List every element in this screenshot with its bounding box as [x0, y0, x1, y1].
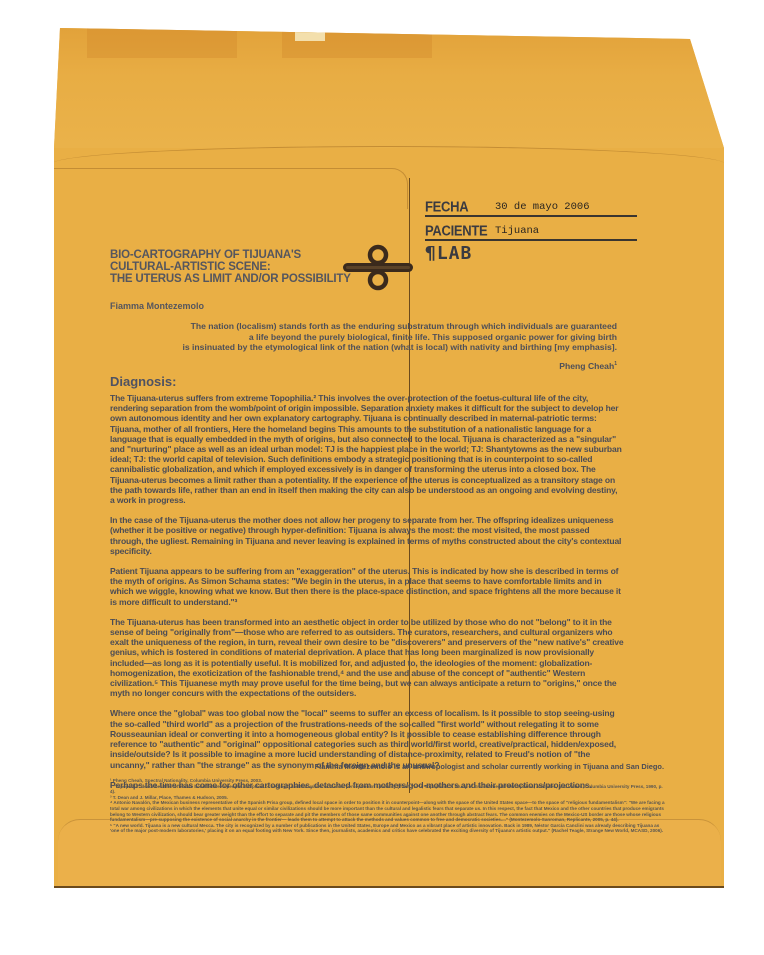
- title-line: THE UTERUS AS LIMIT AND/OR POSSIBILITY: [110, 273, 370, 285]
- epigraph-line: is insinuated by the etymological link o…: [150, 342, 617, 353]
- title-line: BIO-CARTOGRAPHY OF TIJUANA'S: [110, 249, 370, 261]
- lab-logo: ¶LAB: [425, 243, 472, 264]
- date-row: FECHA 30 de mayo 2006: [425, 195, 637, 217]
- left-panel-edge: [52, 168, 408, 209]
- document-body: The Tijuana-uterus suffers from extreme …: [110, 393, 624, 800]
- paragraph: In the case of the Tijuana-uterus the mo…: [110, 515, 624, 556]
- epigraph-line: The nation (localism) stands forth as th…: [150, 321, 617, 332]
- date-value: 30 de mayo 2006: [495, 201, 590, 215]
- footnote: ⁵ "A new world. Tijuana is a new cultura…: [110, 823, 666, 834]
- paragraph: Patient Tijuana appears to be suffering …: [110, 566, 624, 607]
- epigraph-line: a life beyond the purely biological, fin…: [150, 332, 617, 343]
- patient-row: PACIENTE Tijuana: [425, 219, 637, 241]
- section-heading: Diagnosis:: [110, 374, 176, 389]
- adhesive-strip-left: [87, 28, 237, 58]
- footnotes: ¹ Pheng Cheah, Spectral Nationality, Col…: [110, 778, 666, 834]
- paragraph: Where once the "global" was too global n…: [110, 708, 624, 769]
- date-label: FECHA: [425, 198, 495, 215]
- epigraph-source: Pheng Cheah1: [559, 361, 617, 371]
- footnote-ref: 1: [614, 361, 617, 367]
- footnote: ⁴ Antonio Navalón, the Mexican business …: [110, 800, 666, 822]
- footnote: ² "Topophilia" describes the "effective …: [110, 784, 666, 795]
- paragraph: The Tijuana-uterus has been transformed …: [110, 617, 624, 699]
- clasp-tab: [295, 28, 325, 41]
- document-author: Fiamma Montezemolo: [110, 301, 204, 311]
- envelope-bottom-edge: [52, 886, 725, 888]
- document-title: BIO-CARTOGRAPHY OF TIJUANA'S CULTURAL-AR…: [110, 249, 370, 285]
- epigraph-source-name: Pheng Cheah: [559, 361, 614, 371]
- patient-value: Tijuana: [495, 225, 539, 239]
- paragraph: The Tijuana-uterus suffers from extreme …: [110, 393, 624, 505]
- patient-label: PACIENTE: [425, 222, 495, 239]
- epigraph: The nation (localism) stands forth as th…: [150, 321, 617, 353]
- author-bio: Fiamma Montezemolo is an anthropologist …: [315, 762, 664, 771]
- patient-form: FECHA 30 de mayo 2006 PACIENTE Tijuana: [425, 195, 637, 243]
- title-line: CULTURAL-ARTISTIC SCENE:: [110, 261, 370, 273]
